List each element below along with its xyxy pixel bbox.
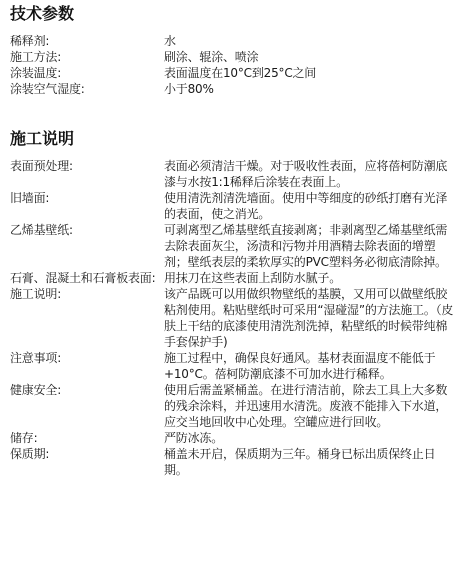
table-row: 保质期: 桶盖未开启，保质期为三年。桶身已标出质保终止日期。 — [10, 446, 458, 478]
note-value: 施工过程中，确保良好通风。基材表面温度不能低于+10°C。蓓柯防潮底漆不可加水进… — [164, 350, 458, 382]
table-row: 注意事项: 施工过程中，确保良好通风。基材表面温度不能低于+10°C。蓓柯防潮底… — [10, 350, 458, 382]
table-row: 施工方法: 刷涂、辊涂、喷涂 — [10, 49, 458, 65]
param-value: 刷涂、辊涂、喷涂 — [164, 49, 458, 65]
table-row: 涂装空气湿度: 小于80% — [10, 81, 458, 97]
table-row: 乙烯基壁纸: 可剥离型乙烯基壁纸直接剥离；非剥离型乙烯基壁纸需去除表面灰尘，汤渍… — [10, 222, 458, 270]
param-label: 涂装空气湿度: — [10, 81, 164, 97]
note-label: 石膏、混凝土和石膏板表面: — [10, 270, 164, 286]
table-row: 储存: 严防冰冻。 — [10, 430, 458, 446]
table-row: 涂装温度: 表面温度在10°C到25°C之间 — [10, 65, 458, 81]
table-row: 表面预处理: 表面必须清洁干燥。对于吸收性表面，应将蓓柯防潮底漆与水按1:1稀释… — [10, 158, 458, 190]
section-title-construction-notes: 施工说明 — [10, 129, 458, 149]
note-label: 储存: — [10, 430, 164, 446]
note-value: 使用清洗剂清洗墙面。使用中等细度的砂纸打磨有光泽的表面，使之消光。 — [164, 190, 458, 222]
note-value: 该产品既可以用做织物壁纸的基膜，又用可以做壁纸胶粘剂使用。粘贴壁纸时可采用“湿碰… — [164, 286, 458, 350]
note-value: 可剥离型乙烯基壁纸直接剥离；非剥离型乙烯基壁纸需去除表面灰尘，汤渍和污物并用酒精… — [164, 222, 458, 270]
table-row: 施工说明: 该产品既可以用做织物壁纸的基膜，又用可以做壁纸胶粘剂使用。粘贴壁纸时… — [10, 286, 458, 350]
param-label: 涂装温度: — [10, 65, 164, 81]
document-page: 技术参数 稀释剂: 水 施工方法: 刷涂、辊涂、喷涂 涂装温度: 表面温度在10… — [0, 0, 468, 478]
technical-params-table: 稀释剂: 水 施工方法: 刷涂、辊涂、喷涂 涂装温度: 表面温度在10°C到25… — [10, 33, 458, 97]
note-value: 使用后需盖紧桶盖。在进行清洁前，除去工具上大多数的残余涂料，并迅速用水清洗。废液… — [164, 382, 458, 430]
note-value: 严防冰冻。 — [164, 430, 458, 446]
table-row: 稀释剂: 水 — [10, 33, 458, 49]
note-value: 桶盖未开启，保质期为三年。桶身已标出质保终止日期。 — [164, 446, 458, 478]
note-label: 注意事项: — [10, 350, 164, 382]
note-label: 施工说明: — [10, 286, 164, 350]
param-label: 施工方法: — [10, 49, 164, 65]
param-value: 小于80% — [164, 81, 458, 97]
note-label: 健康安全: — [10, 382, 164, 430]
section-title-technical-params: 技术参数 — [10, 0, 458, 24]
table-row: 健康安全: 使用后需盖紧桶盖。在进行清洁前，除去工具上大多数的残余涂料，并迅速用… — [10, 382, 458, 430]
note-label: 旧墙面: — [10, 190, 164, 222]
param-value: 表面温度在10°C到25°C之间 — [164, 65, 458, 81]
note-value: 表面必须清洁干燥。对于吸收性表面，应将蓓柯防潮底漆与水按1:1稀释后涂装在表面上… — [164, 158, 458, 190]
note-value: 用抹刀在这些表面上刮防水腻子。 — [164, 270, 458, 286]
param-value: 水 — [164, 33, 458, 49]
construction-notes-table: 表面预处理: 表面必须清洁干燥。对于吸收性表面，应将蓓柯防潮底漆与水按1:1稀释… — [10, 158, 458, 478]
note-label: 表面预处理: — [10, 158, 164, 190]
param-label: 稀释剂: — [10, 33, 164, 49]
note-label: 乙烯基壁纸: — [10, 222, 164, 270]
table-row: 旧墙面: 使用清洗剂清洗墙面。使用中等细度的砂纸打磨有光泽的表面，使之消光。 — [10, 190, 458, 222]
note-label: 保质期: — [10, 446, 164, 478]
table-row: 石膏、混凝土和石膏板表面: 用抹刀在这些表面上刮防水腻子。 — [10, 270, 458, 286]
